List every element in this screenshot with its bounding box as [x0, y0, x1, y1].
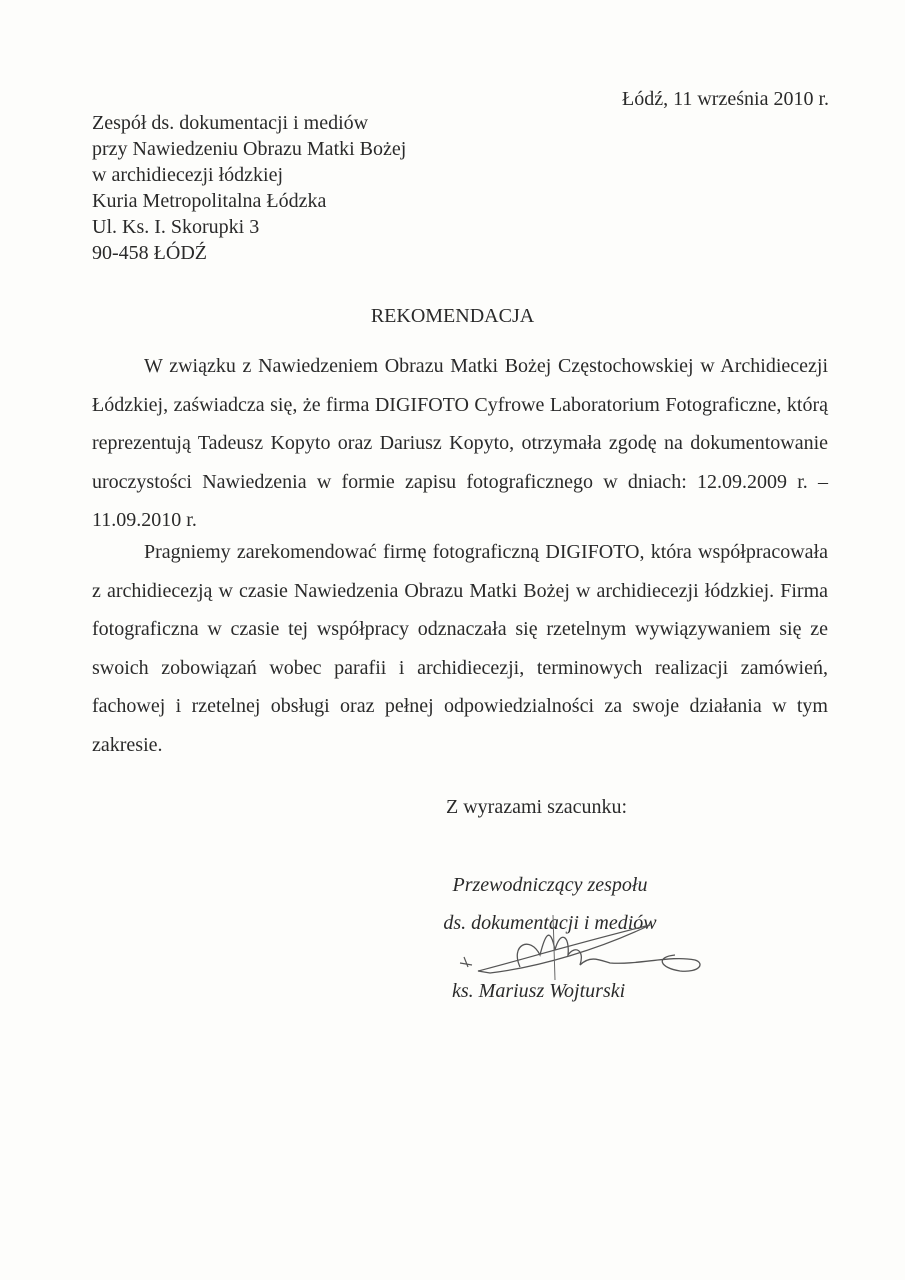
body-paragraph: W związku z Nawiedzeniem Obrazu Matki Bo…: [92, 347, 828, 540]
body-paragraph: Pragniemy zarekomendować firmę fotografi…: [92, 533, 828, 764]
address-line: 90-458 ŁÓDŹ: [92, 240, 406, 266]
address-line: Kuria Metropolitalna Łódzka: [92, 188, 406, 214]
address-line: przy Nawiedzeniu Obrazu Matki Bożej: [92, 136, 406, 162]
address-line: Zespół ds. dokumentacji i mediów: [92, 110, 406, 136]
letter-title: REKOMENDACJA: [0, 305, 905, 328]
letter-page: Łódź, 11 września 2010 r. Zespół ds. dok…: [0, 0, 905, 1280]
address-line: w archidiecezji łódzkiej: [92, 162, 406, 188]
signatory-title-line: Przewodniczący zespołu: [420, 866, 680, 904]
letter-date: Łódź, 11 września 2010 r.: [622, 88, 829, 111]
closing-phrase: Z wyrazami szacunku:: [446, 796, 627, 819]
address-line: Ul. Ks. I. Skorupki 3: [92, 214, 406, 240]
signatory-name: ks. Mariusz Wojturski: [452, 980, 625, 1003]
recipient-address: Zespół ds. dokumentacji i mediów przy Na…: [92, 110, 406, 266]
handwritten-signature: [450, 905, 710, 985]
